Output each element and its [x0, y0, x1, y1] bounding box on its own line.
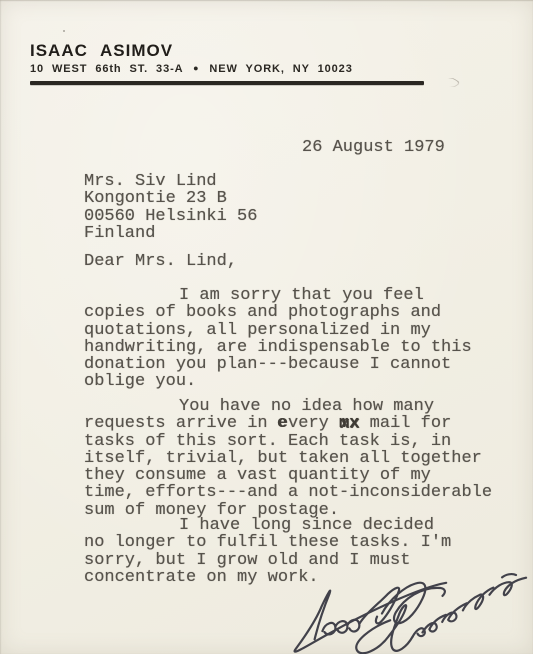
- body-line: quotations, all personalized in my: [84, 322, 472, 339]
- body-line: I am sorry that you feel: [84, 287, 472, 304]
- body-line: concentrate on my work.: [84, 569, 451, 586]
- letterhead-address: 10 WEST 66th ST. 33-A ● NEW YORK, NY 100…: [30, 63, 353, 75]
- letterhead-name: ISAAC ASIMOV: [30, 41, 173, 61]
- body-line: copies of books and photographs and: [84, 304, 472, 321]
- signature-isaac-loops: [321, 582, 446, 634]
- paper-speck: [63, 30, 65, 32]
- letterhead-rule: [30, 81, 424, 85]
- signature-asimov-a: [355, 605, 413, 653]
- body-line: I have long since decided: [84, 517, 451, 534]
- paragraph-2: You have no idea how many requests arriv…: [84, 398, 492, 519]
- body-line: time, efforts---and a not-inconsiderable: [84, 484, 492, 501]
- body-line: You have no idea how many: [84, 398, 492, 415]
- letterhead-street: 10 WEST 66th ST. 33-A: [30, 63, 183, 75]
- recipient-line: Kongontie 23 B: [84, 190, 257, 207]
- body-line: donation you plan---because I cannot: [84, 356, 472, 373]
- signature-isaac-stroke: [293, 583, 448, 652]
- salutation: Dear Mrs. Lind,: [84, 253, 237, 270]
- paragraph-3: I have long since decided no longer to f…: [84, 517, 451, 586]
- body-line: tasks of this sort. Each task is, in: [84, 433, 492, 450]
- paragraph-1: I am sorry that you feel copies of books…: [84, 287, 472, 391]
- letterhead-city: NEW YORK, NY 10023: [209, 63, 352, 75]
- bullet-icon: ●: [191, 63, 201, 73]
- letter-page: ISAAC ASIMOV 10 WEST 66th ST. 33-A ● NEW…: [0, 0, 533, 654]
- body-line: handwriting, are indispensable to this: [84, 339, 472, 356]
- recipient-line: Mrs. Siv Lind: [84, 173, 257, 190]
- signature-flourish: [502, 574, 516, 577]
- line-text: very: [288, 414, 339, 433]
- body-line: no longer to fulfil these tasks. I'm: [84, 534, 451, 551]
- strikeover-xx: xx: [340, 416, 360, 433]
- body-line: oblige you.: [84, 373, 472, 390]
- line-text: requests arrive in: [84, 414, 278, 433]
- recipient-line: Finland: [84, 225, 257, 242]
- signature-asimov-rest: [411, 578, 527, 637]
- body-line: they consume a vast quantity of my: [84, 467, 492, 484]
- recipient-address: Mrs. Siv Lind Kongontie 23 B 00560 Helsi…: [84, 173, 257, 242]
- struck-out-word: mxxx: [339, 415, 359, 432]
- body-line: sorry, but I grow old and I must: [84, 552, 451, 569]
- body-line: itself, trivial, but taken all together: [84, 450, 492, 467]
- line-text: mail for: [359, 414, 451, 433]
- body-line-with-correction: requests arrive in every mxxx mail for: [84, 415, 492, 432]
- recipient-line: 00560 Helsinki 56: [84, 208, 257, 225]
- smudge-mark: [443, 77, 462, 89]
- overtyped-letter: e: [278, 414, 288, 433]
- letter-date: 26 August 1979: [302, 139, 445, 156]
